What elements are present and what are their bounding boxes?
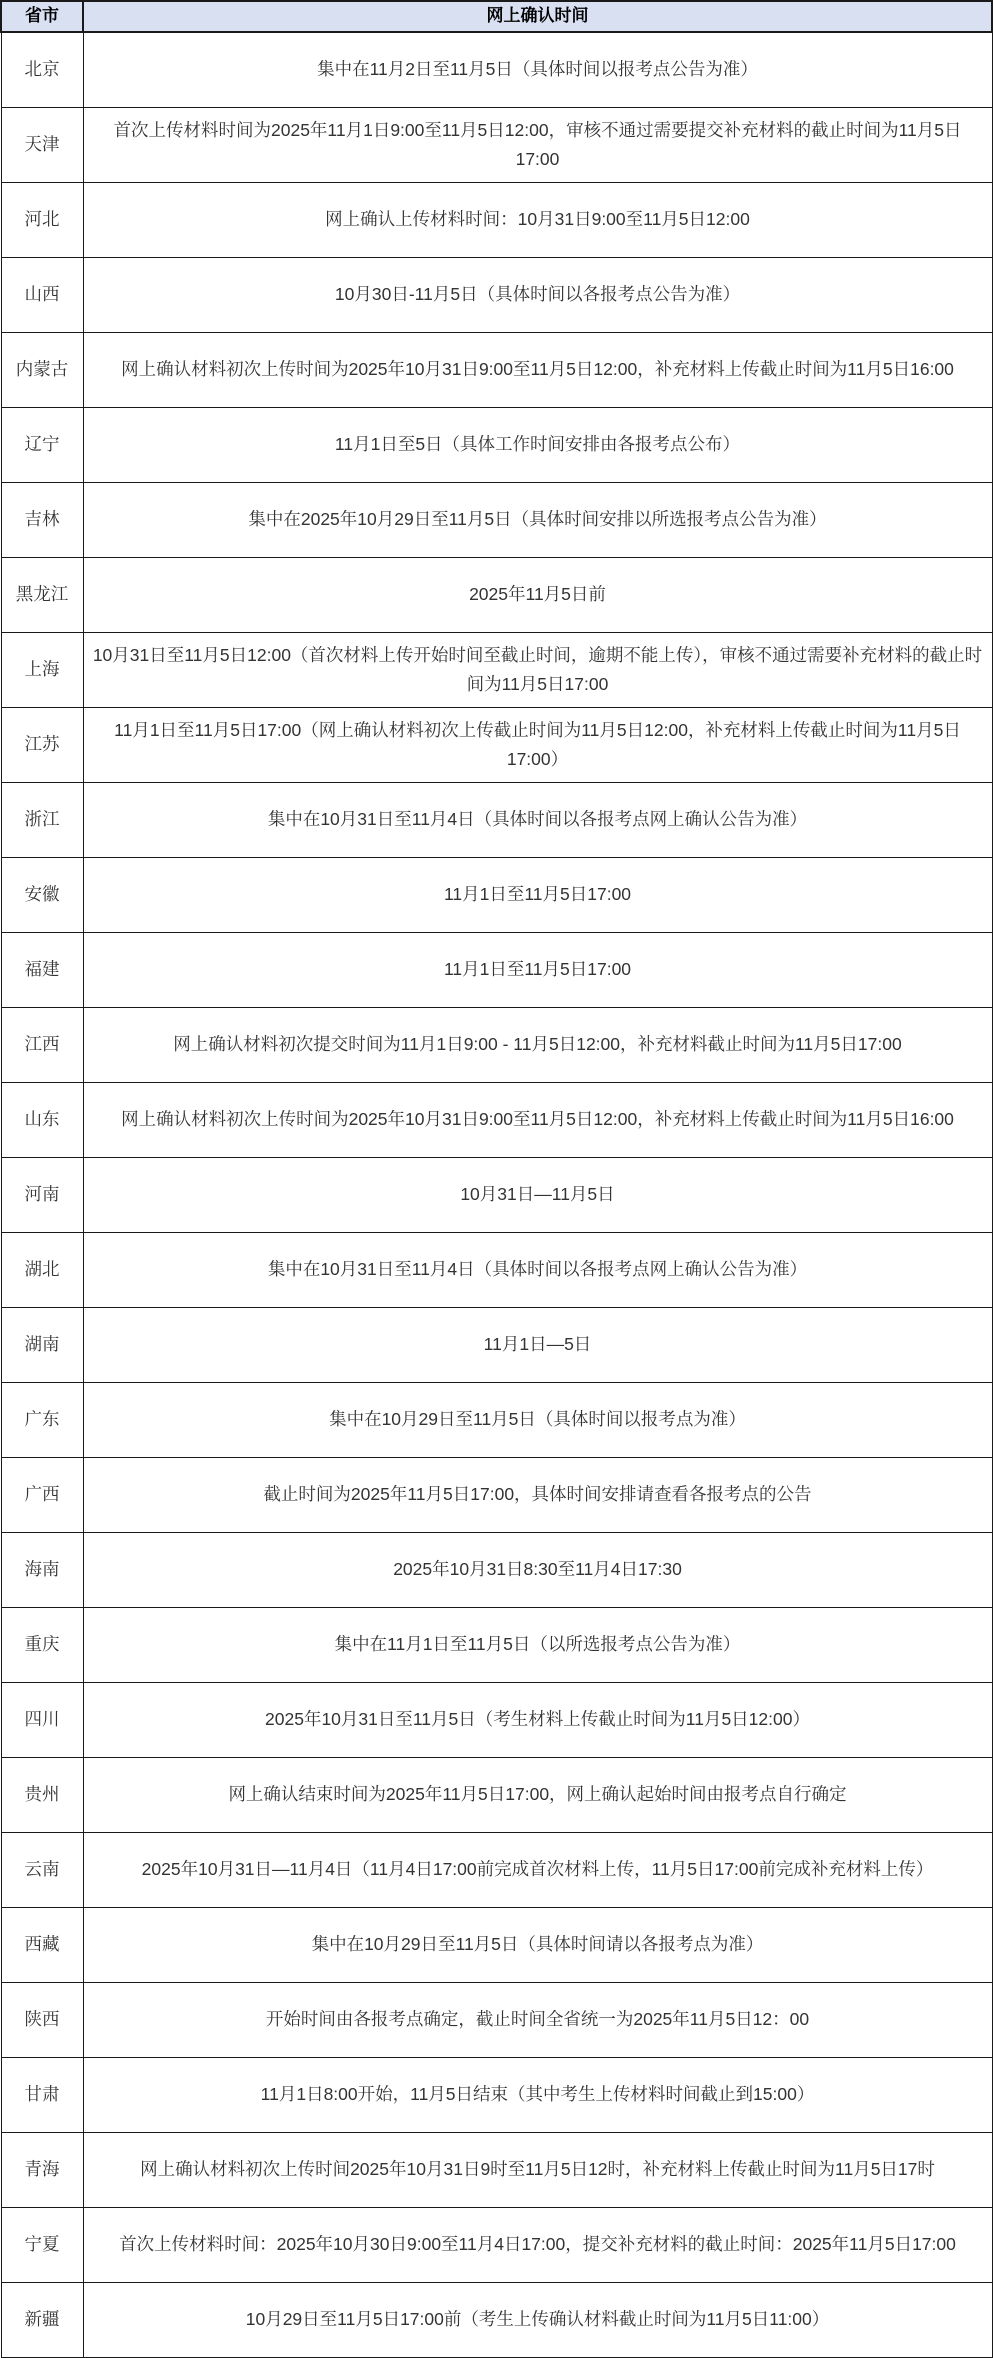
confirmation-time-cell: 2025年10月31日至11月5日（考生材料上传截止时间为11月5日12:00） (83, 1682, 992, 1757)
confirmation-time-cell: 截止时间为2025年11月5日17:00，具体时间安排请查看各报考点的公告 (83, 1457, 992, 1532)
province-cell: 江西 (1, 1007, 83, 1082)
province-cell: 湖北 (1, 1232, 83, 1307)
table-row: 海南2025年10月31日8:30至11月4日17:30 (1, 1532, 992, 1607)
province-cell: 陕西 (1, 1982, 83, 2057)
confirmation-time-cell: 网上确认材料初次上传时间为2025年10月31日9:00至11月5日12:00，… (83, 1082, 992, 1157)
table-row: 天津首次上传材料时间为2025年11月1日9:00至11月5日12:00，审核不… (1, 107, 992, 182)
confirmation-time-cell: 集中在11月1日至11月5日（以所选报考点公告为准） (83, 1607, 992, 1682)
table-row: 河南10月31日—11月5日 (1, 1157, 992, 1232)
province-cell: 宁夏 (1, 2207, 83, 2282)
province-cell: 山东 (1, 1082, 83, 1157)
province-cell: 山西 (1, 257, 83, 332)
province-cell: 福建 (1, 932, 83, 1007)
confirmation-time-cell: 11月1日至5日（具体工作时间安排由各报考点公布） (83, 407, 992, 482)
province-cell: 重庆 (1, 1607, 83, 1682)
confirmation-time-cell: 网上确认材料初次上传时间2025年10月31日9时至11月5日12时，补充材料上… (83, 2132, 992, 2207)
table-row: 青海网上确认材料初次上传时间2025年10月31日9时至11月5日12时，补充材… (1, 2132, 992, 2207)
province-cell: 浙江 (1, 782, 83, 857)
confirmation-time-cell: 11月1日至11月5日17:00（网上确认材料初次上传截止时间为11月5日12:… (83, 707, 992, 782)
province-cell: 江苏 (1, 707, 83, 782)
province-cell: 上海 (1, 632, 83, 707)
table-row: 四川2025年10月31日至11月5日（考生材料上传截止时间为11月5日12:0… (1, 1682, 992, 1757)
table-row: 北京集中在11月2日至11月5日（具体时间以报考点公告为准） (1, 32, 992, 107)
table-row: 新疆10月29日至11月5日17:00前（考生上传确认材料截止时间为11月5日1… (1, 2282, 992, 2357)
province-cell: 安徽 (1, 857, 83, 932)
confirmation-time-cell: 首次上传材料时间为2025年11月1日9:00至11月5日12:00，审核不通过… (83, 107, 992, 182)
province-cell: 河北 (1, 182, 83, 257)
province-cell: 四川 (1, 1682, 83, 1757)
table-row: 云南2025年10月31日—11月4日（11月4日17:00前完成首次材料上传，… (1, 1832, 992, 1907)
column-header-province: 省市 (1, 1, 83, 32)
table-row: 内蒙古网上确认材料初次上传时间为2025年10月31日9:00至11月5日12:… (1, 332, 992, 407)
confirmation-time-cell: 开始时间由各报考点确定，截止时间全省统一为2025年11月5日12：00 (83, 1982, 992, 2057)
confirmation-time-cell: 网上确认材料初次提交时间为11月1日9:00 - 11月5日12:00，补充材料… (83, 1007, 992, 1082)
confirmation-time-table: 省市 网上确认时间 北京集中在11月2日至11月5日（具体时间以报考点公告为准）… (0, 0, 993, 2358)
table-row: 上海10月31日至11月5日12:00（首次材料上传开始时间至截止时间，逾期不能… (1, 632, 992, 707)
table-row: 山东网上确认材料初次上传时间为2025年10月31日9:00至11月5日12:0… (1, 1082, 992, 1157)
province-cell: 新疆 (1, 2282, 83, 2357)
confirmation-time-cell: 10月30日-11月5日（具体时间以各报考点公告为准） (83, 257, 992, 332)
province-cell: 天津 (1, 107, 83, 182)
table-row: 重庆集中在11月1日至11月5日（以所选报考点公告为准） (1, 1607, 992, 1682)
province-cell: 广东 (1, 1382, 83, 1457)
confirmation-time-cell: 集中在10月29日至11月5日（具体时间以报考点为准） (83, 1382, 992, 1457)
confirmation-time-cell: 集中在11月2日至11月5日（具体时间以报考点公告为准） (83, 32, 992, 107)
confirmation-time-cell: 10月31日至11月5日12:00（首次材料上传开始时间至截止时间，逾期不能上传… (83, 632, 992, 707)
table-row: 黑龙江2025年11月5日前 (1, 557, 992, 632)
province-cell: 青海 (1, 2132, 83, 2207)
table-row: 山西10月30日-11月5日（具体时间以各报考点公告为准） (1, 257, 992, 332)
table-row: 福建11月1日至11月5日17:00 (1, 932, 992, 1007)
table-row: 湖北集中在10月31日至11月4日（具体时间以各报考点网上确认公告为准） (1, 1232, 992, 1307)
table-row: 辽宁11月1日至5日（具体工作时间安排由各报考点公布） (1, 407, 992, 482)
table-row: 广东集中在10月29日至11月5日（具体时间以报考点为准） (1, 1382, 992, 1457)
table-row: 浙江集中在10月31日至11月4日（具体时间以各报考点网上确认公告为准） (1, 782, 992, 857)
header-row: 省市 网上确认时间 (1, 1, 992, 32)
province-cell: 湖南 (1, 1307, 83, 1382)
table-row: 陕西开始时间由各报考点确定，截止时间全省统一为2025年11月5日12：00 (1, 1982, 992, 2057)
confirmation-time-cell: 集中在10月31日至11月4日（具体时间以各报考点网上确认公告为准） (83, 782, 992, 857)
table-row: 吉林集中在2025年10月29日至11月5日（具体时间安排以所选报考点公告为准） (1, 482, 992, 557)
table-row: 广西截止时间为2025年11月5日17:00，具体时间安排请查看各报考点的公告 (1, 1457, 992, 1532)
province-cell: 吉林 (1, 482, 83, 557)
province-cell: 贵州 (1, 1757, 83, 1832)
confirmation-time-cell: 2025年10月31日8:30至11月4日17:30 (83, 1532, 992, 1607)
table-row: 贵州网上确认结束时间为2025年11月5日17:00，网上确认起始时间由报考点自… (1, 1757, 992, 1832)
table-row: 湖南11月1日—5日 (1, 1307, 992, 1382)
confirmation-time-cell: 2025年11月5日前 (83, 557, 992, 632)
confirmation-time-cell: 集中在10月31日至11月4日（具体时间以各报考点网上确认公告为准） (83, 1232, 992, 1307)
province-cell: 辽宁 (1, 407, 83, 482)
province-cell: 内蒙古 (1, 332, 83, 407)
table-row: 河北网上确认上传材料时间：10月31日9:00至11月5日12:00 (1, 182, 992, 257)
confirmation-time-cell: 集中在2025年10月29日至11月5日（具体时间安排以所选报考点公告为准） (83, 482, 992, 557)
province-cell: 西藏 (1, 1907, 83, 1982)
table-row: 宁夏首次上传材料时间：2025年10月30日9:00至11月4日17:00，提交… (1, 2207, 992, 2282)
table-row: 西藏集中在10月29日至11月5日（具体时间请以各报考点为准） (1, 1907, 992, 1982)
confirmation-time-cell: 首次上传材料时间：2025年10月30日9:00至11月4日17:00，提交补充… (83, 2207, 992, 2282)
confirmation-time-cell: 11月1日至11月5日17:00 (83, 857, 992, 932)
province-cell: 甘肃 (1, 2057, 83, 2132)
province-cell: 河南 (1, 1157, 83, 1232)
table-row: 江西网上确认材料初次提交时间为11月1日9:00 - 11月5日12:00，补充… (1, 1007, 992, 1082)
confirmation-time-cell: 网上确认材料初次上传时间为2025年10月31日9:00至11月5日12:00，… (83, 332, 992, 407)
table-row: 甘肃11月1日8:00开始，11月5日结束（其中考生上传材料时间截止到15:00… (1, 2057, 992, 2132)
province-cell: 云南 (1, 1832, 83, 1907)
column-header-time: 网上确认时间 (83, 1, 992, 32)
province-cell: 黑龙江 (1, 557, 83, 632)
confirmation-time-cell: 11月1日—5日 (83, 1307, 992, 1382)
table-header: 省市 网上确认时间 (1, 1, 992, 32)
province-cell: 北京 (1, 32, 83, 107)
confirmation-time-cell: 2025年10月31日—11月4日（11月4日17:00前完成首次材料上传，11… (83, 1832, 992, 1907)
confirmation-time-cell: 集中在10月29日至11月5日（具体时间请以各报考点为准） (83, 1907, 992, 1982)
confirmation-time-cell: 网上确认结束时间为2025年11月5日17:00，网上确认起始时间由报考点自行确… (83, 1757, 992, 1832)
confirmation-time-cell: 10月31日—11月5日 (83, 1157, 992, 1232)
confirmation-time-cell: 11月1日8:00开始，11月5日结束（其中考生上传材料时间截止到15:00） (83, 2057, 992, 2132)
table-row: 安徽11月1日至11月5日17:00 (1, 857, 992, 932)
confirmation-time-cell: 10月29日至11月5日17:00前（考生上传确认材料截止时间为11月5日11:… (83, 2282, 992, 2357)
province-cell: 海南 (1, 1532, 83, 1607)
confirmation-time-cell: 11月1日至11月5日17:00 (83, 932, 992, 1007)
province-cell: 广西 (1, 1457, 83, 1532)
confirmation-time-cell: 网上确认上传材料时间：10月31日9:00至11月5日12:00 (83, 182, 992, 257)
table-body: 北京集中在11月2日至11月5日（具体时间以报考点公告为准）天津首次上传材料时间… (1, 32, 992, 2357)
table-row: 江苏11月1日至11月5日17:00（网上确认材料初次上传截止时间为11月5日1… (1, 707, 992, 782)
